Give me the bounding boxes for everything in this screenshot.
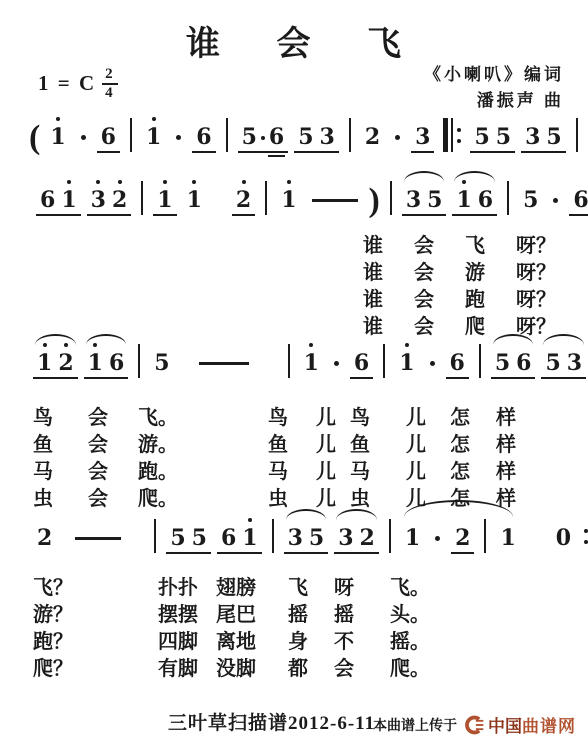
lyric-syllable: 怎 [450,428,496,457]
lyric-syllable: 儿 [406,401,450,430]
lyric-syllable: 四脚 [158,625,216,654]
lyric-syllable: 样 [496,455,516,484]
note-digit: 3 [406,188,421,212]
spacer [523,549,549,550]
repeat-close-sign [584,519,588,553]
octave-dot [96,180,100,184]
octave-dot [192,180,196,184]
barline [484,519,486,553]
barline [272,519,274,553]
note: 5 [154,342,169,375]
lyric-syllable: 虫 [33,482,88,511]
note-digit: 5 [546,125,561,149]
spacer [209,211,229,212]
footer-upload-text: 本曲谱上传于 [373,715,457,735]
lyric-syllable: 儿 [316,482,350,511]
note-high-octave: 1 [50,116,65,149]
note: 2 [455,517,470,550]
octave-dot [67,180,71,184]
sustain-dash [199,362,249,365]
note: 6 [573,179,588,212]
lyric-syllable: 鸟 [33,401,88,430]
note-digit: 3 [415,125,430,149]
note-digit: 1 [281,188,296,212]
time-signature: 2 4 [102,66,118,101]
note: 3 [567,342,582,375]
note-group: 1 [396,342,417,375]
note-group: 55 [471,116,514,149]
lyric-syllable: 鱼 [350,428,406,457]
time-signature-numerator: 2 [102,66,118,85]
barline [130,118,132,152]
note-group: 61 [218,517,261,550]
sheet-music-page: 谁 会 飞 1 = C 2 4 《小喇叭》编词 潘振声 曲 (161656532… [0,0,588,745]
note-high-octave: 1 [187,179,202,212]
lyric-syllable: 鸟 [268,401,316,430]
lyric-syllable: 有脚 [158,652,216,681]
note-group: 6 [570,179,588,212]
slurred-note-group: 56 [492,342,535,375]
note: 3 [288,517,303,550]
lyric-syllable: 跑？ [33,625,158,654]
octave-dot [93,343,97,347]
note-digit: 2 [360,526,375,550]
lyric-syllable: 鱼 [268,428,316,457]
lyric-syllable: 呀？ [516,229,556,258]
note: 5 [474,116,489,149]
note-digit: 1 [146,125,161,149]
note-high-octave: 2 [236,179,251,212]
barline [349,118,351,152]
augmentation-dot [395,135,400,140]
lyric-syllable: 跑 [465,283,516,312]
note-digit: 1 [88,351,103,375]
note-digit: 5 [192,526,207,550]
note: 3 [320,116,335,149]
augmentation-dot [334,361,339,366]
note: 5 [309,517,324,550]
lyric-syllable: 谁 [363,229,414,258]
lyric-syllable: 没脚 [216,652,288,681]
note-group: 1 [402,517,423,550]
note-digit: 3 [338,526,353,550]
note-digit: 2 [37,526,52,550]
beam-underline [402,214,447,216]
note: 3 [415,116,430,149]
beam-underline [36,214,81,216]
note-group: 1 [143,116,164,149]
note-high-octave: 3 [91,179,106,212]
note-digit: 5 [496,125,511,149]
note-group: 2 [233,179,254,212]
note: 5 [192,517,207,550]
note: 6 [196,116,211,149]
lyrics-block-answers: 鸟会飞。鸟儿鸟儿怎样鱼会游。鱼儿鱼儿怎样马会跑。马儿马儿怎样虫会爬。虫儿虫儿怎样 [33,402,516,510]
note-digit: 5 [523,188,538,212]
beam-underline [470,151,515,153]
intro-close-paren: ) [369,186,380,216]
lyric-syllable: 样 [496,428,516,457]
lyric-row: 马会跑。马儿马儿怎样 [33,456,516,483]
barline [288,344,290,378]
tie-span: 121 [398,517,523,550]
note: 2 [365,116,380,149]
barline [226,118,228,152]
barline [154,519,156,553]
spacer [177,374,191,375]
octave-dot [118,180,122,184]
note-digit: 6 [354,351,369,375]
lyricist-credit: 《小喇叭》编词 [424,62,564,88]
lyric-syllable: 儿 [316,401,350,430]
note-digit: 2 [455,526,470,550]
music-line-4: 2556135321210 [30,517,588,550]
note-digit: 5 [154,351,169,375]
note-high-octave: 1 [281,179,296,212]
lyric-syllable: 飞。 [138,401,268,430]
augmentation-dot [176,135,181,140]
lyric-syllable: 儿 [316,428,350,457]
note-high-octave: 1 [157,179,172,212]
octave-dot [405,343,409,347]
note: 1 [500,517,515,550]
site-logo-icon [465,715,485,735]
lyric-syllable: 会 [414,229,465,258]
lyric-syllable: 马 [268,455,316,484]
barline [390,181,392,215]
beam-underline [350,377,373,379]
lyric-syllable: 会 [88,482,138,511]
beam-underline [446,377,469,379]
repeat-dot [457,128,461,132]
note-group: 6 [447,342,468,375]
note: 5 [545,342,560,375]
beam-underline [153,214,176,216]
note-digit: 1 [304,351,319,375]
note-digit: 2 [365,125,380,149]
site-name-bold: 中国 [488,712,522,737]
lyric-syllable: 飞？ [33,571,158,600]
note-group: 1 [497,517,518,550]
note: 2 [360,517,375,550]
note-digit: 2 [112,188,127,212]
beam-underline [33,377,78,379]
lyric-syllable: 谁 [363,283,414,312]
lyric-syllable: 尾巴 [216,598,288,627]
beam-underline [87,214,132,216]
sixteenth-underline [268,155,285,157]
octave-dot [56,117,60,121]
key-time-signature: 1 = C 2 4 [38,66,118,101]
note-digit: 1 [157,188,172,212]
lyric-row: 谁会爬呀？ [363,311,556,338]
lyric-syllable: 爬？ [33,652,158,681]
note-group: 6 [351,342,372,375]
lyric-row: 鱼会游。鱼儿鱼儿怎样 [33,429,516,456]
repeat-dot [584,540,588,544]
lyric-syllable: 马 [350,455,406,484]
lyric-syllable: 游？ [33,598,158,627]
note: 3 [338,517,353,550]
note-digit: 5 [242,125,257,149]
slurred-note-group: 53 [542,342,585,375]
beam-underline [334,552,379,554]
octave-dot [64,343,68,347]
repeat-dots [457,120,461,150]
note-digit: 6 [573,188,588,212]
barline [383,344,385,378]
beam-underline [192,151,215,153]
beam-underline [166,552,211,554]
lyric-syllable: 儿 [316,455,350,484]
octave-dot [248,518,252,522]
note-group: 61 [37,179,80,212]
site-name-light: 曲谱网 [522,712,576,737]
note-group: 1 [301,342,322,375]
lyric-syllable: 呀 [334,571,390,600]
note-digit: 1 [399,351,414,375]
repeat-dots [584,521,588,551]
lyric-syllable: 爬。 [138,482,268,511]
note-group: 2 [452,517,473,550]
lyric-syllable: 马 [33,455,88,484]
beam-underline [541,377,586,379]
lyric-syllable: 鱼 [33,428,88,457]
lyric-row: 谁会跑呀？ [363,284,556,311]
key-signature: 1 = C [38,71,96,96]
note-group: 5 [151,342,172,375]
note-group: 32 [88,179,131,212]
note-digit: 2 [58,351,73,375]
note-digit: 6 [40,188,55,212]
note-digit: 5 [427,188,442,212]
note-group: 1 [47,116,68,149]
note: 5 [170,517,185,550]
beam-underline [294,151,339,153]
note-digit: 1 [242,526,257,550]
slurred-note-group: 12 [34,342,77,375]
lyric-syllable: 谁 [363,310,414,339]
lyric-row: 鸟会飞。鸟儿鸟儿怎样 [33,402,516,429]
note: 5 [523,179,538,212]
lyric-syllable: 怎 [450,401,496,430]
note-digit: 6 [516,351,531,375]
note-group: 2 [34,517,55,550]
slurred-note-group: 35 [403,179,446,212]
note-group: 53 [295,116,338,149]
lyric-row: 谁会游呀？ [363,257,556,284]
note-digit: 5 [309,526,324,550]
note-group: 35 [522,116,565,149]
octave-dot [163,180,167,184]
note-digit: 1 [61,188,76,212]
augmentation-dot [553,198,558,203]
note-high-octave: 1 [399,342,414,375]
note-digit: 3 [525,125,540,149]
spacer [129,549,147,550]
note-group: 55 [167,517,210,550]
lyrics-block-endings: 飞？扑扑翅膀飞呀飞。游？摆摆尾巴摇摇头。跑？四脚离地身不摇。爬？有脚没脚都会爬。 [33,572,430,680]
lyric-syllable: 扑扑 [158,571,216,600]
note-digit: 1 [405,526,420,550]
lyric-row: 游？摆摆尾巴摇摇头。 [33,599,430,626]
note-digit: 6 [196,125,211,149]
credits: 《小喇叭》编词 潘振声 曲 [424,62,564,115]
note-group: 6 [98,116,119,149]
note-digit: 1 [500,526,515,550]
sustain-dash [312,199,358,202]
octave-dot [462,180,466,184]
note: 6 [516,342,531,375]
octave-dot [242,180,246,184]
lyric-syllable: 儿 [406,455,450,484]
lyric-syllable: 会 [334,652,390,681]
note: 6 [478,179,493,212]
note-group: 1 [154,179,175,212]
note-high-octave: 1 [242,517,257,550]
lyric-syllable: 飞。 [390,571,430,600]
lyric-syllable: 呀？ [516,283,556,312]
note-digit: 6 [478,188,493,212]
slurred-note-group: 35 [285,517,328,550]
octave-dot [152,117,156,121]
repeat-thin-bar [451,118,453,152]
note-group: 5 [520,179,541,212]
note-group: 56 [239,116,288,149]
sustain-dash [75,537,121,540]
lyric-syllable: 儿 [406,428,450,457]
lyric-row: 谁会飞呀？ [363,230,556,257]
lyric-syllable: 游。 [138,428,268,457]
spacer [59,549,67,550]
lyric-syllable: 翅膀 [216,571,288,600]
beam-underline [97,151,120,153]
lyric-syllable: 爬。 [390,652,430,681]
beam-underline [452,214,497,216]
beam-underline [569,214,588,216]
note-high-octave: 1 [146,116,161,149]
note: 6 [109,342,124,375]
footer-upload-credit: 本曲谱上传于 中国 曲谱网 [373,712,576,737]
lyrics-block-questions: 谁会飞呀？谁会游呀？谁会跑呀？谁会爬呀？ [363,230,556,338]
lyric-syllable: 会 [414,283,465,312]
slurred-note-group: 16 [85,342,128,375]
note-group: 1 [184,179,205,212]
lyric-syllable: 飞 [288,571,334,600]
lyric-syllable: 虫 [350,482,406,511]
note-high-octave: 1 [61,179,76,212]
note: 3 [525,116,540,149]
lyric-row: 飞？扑扑翅膀飞呀飞。 [33,572,430,599]
lyric-syllable: 虫 [268,482,316,511]
beam-underline [451,552,474,554]
note: 0 [556,517,571,550]
note-high-octave: 1 [37,342,52,375]
lyric-syllable: 摇 [334,598,390,627]
note-high-octave: 1 [456,179,471,212]
spacer [257,374,281,375]
note-digit: 0 [556,526,571,550]
note-digit: 5 [495,351,510,375]
lyric-syllable: 会 [414,310,465,339]
barline [479,344,481,378]
lyric-syllable: 会 [414,256,465,285]
note-digit: 5 [170,526,185,550]
beam-underline [521,151,566,153]
note-digit: 2 [236,188,251,212]
note: 6 [101,116,116,149]
note: 5 [496,116,511,149]
lyric-syllable: 呀？ [516,256,556,285]
note-high-octave: 1 [88,342,103,375]
lyric-row: 跑？四脚离地身不摇。 [33,626,430,653]
lyric-syllable: 摇 [288,598,334,627]
augmentation-dot [435,536,440,541]
note: 5 [298,116,313,149]
lyric-syllable: 飞 [465,229,516,258]
note-digit: 6 [109,351,124,375]
slurred-note-group: 32 [335,517,378,550]
music-line-2: 61321121)351656 [33,179,588,212]
note-digit: 5 [545,351,560,375]
beam-underline [238,151,289,153]
lyric-syllable: 会 [88,455,138,484]
note: 5 [495,342,510,375]
note-digit: 6 [450,351,465,375]
octave-dot [287,180,291,184]
note-digit: 3 [91,188,106,212]
note: 5 [242,116,257,149]
note: 2 [37,517,52,550]
beam-underline [84,377,129,379]
lyric-syllable: 头。 [390,598,430,627]
note-digit: 1 [50,125,65,149]
music-line-3: 1216516165653 [30,342,588,375]
note-digit: 3 [567,351,582,375]
note-high-octave: 1 [304,342,319,375]
note-group: 3 [412,116,433,149]
barline [138,344,140,378]
barline [265,181,267,215]
barline [389,519,391,553]
repeat-thick-bar [443,118,448,152]
note: 5 [546,116,561,149]
music-line-1: (16165653235535 [26,116,585,149]
note: 6 [450,342,465,375]
slurred-note-group: 16 [453,179,496,212]
lyric-syllable: 样 [496,401,516,430]
note: 6 [354,342,369,375]
song-title: 谁 会 飞 [0,16,588,65]
barline [507,181,509,215]
note: 3 [406,179,421,212]
note-digit: 6 [101,125,116,149]
lyric-syllable: 摇。 [390,625,430,654]
lyric-syllable: 不 [334,625,390,654]
dotted-note-dot [261,136,265,140]
repeat-dot [457,139,461,143]
note-group: 0 [553,517,574,550]
footer-scan-credit: 三叶草扫描谱2012-6-11 [168,708,375,735]
note-high-octave: 2 [112,179,127,212]
octave-dot [309,343,313,347]
intro-open-paren: ( [29,123,40,153]
beam-underline [232,214,255,216]
lyric-syllable: 都 [288,652,334,681]
augmentation-dot [81,135,86,140]
note-group: 1 [278,179,299,212]
note: 6 [221,517,236,550]
